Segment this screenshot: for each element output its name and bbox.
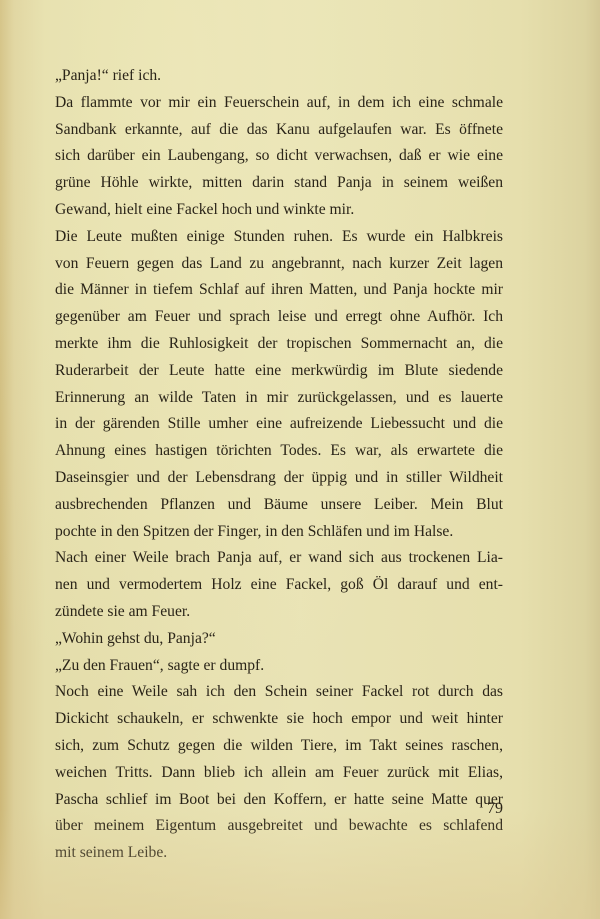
text-line: grüne Höhle wirkte, mitten darin stand P… xyxy=(55,170,503,197)
text-line: weichen Tritts. Dann blieb ich allein am… xyxy=(55,760,503,787)
text-line: mit seinem Leibe. xyxy=(55,840,503,867)
text-line: Daseinsgier und der Lebensdrang der üppi… xyxy=(55,465,503,492)
text-line: Die Leute mußten einige Stunden ruhen. E… xyxy=(55,224,503,251)
text-line: Dickicht schaukeln, er schwenkte sie hoc… xyxy=(55,706,503,733)
text-line: „Panja!“ rief ich. xyxy=(55,63,503,90)
text-line: über meinem Eigentum ausgebreitet und be… xyxy=(55,813,503,840)
text-line: sich darüber ein Laubengang, so dicht ve… xyxy=(55,143,503,170)
body-text: „Panja!“ rief ich. Da flammte vor mir ei… xyxy=(55,63,503,867)
text-line: Sandbank erkannte, auf die das Kanu aufg… xyxy=(55,117,503,144)
text-line: Pascha schlief im Boot bei den Koffern, … xyxy=(55,787,503,814)
page-number: 79 xyxy=(476,800,503,818)
text-line: pochte in den Spitzen der Finger, in den… xyxy=(55,519,503,546)
text-line: Nach einer Weile brach Panja auf, er wan… xyxy=(55,545,503,572)
text-line: gegenüber am Feuer und sprach leise und … xyxy=(55,304,503,331)
text-line: Gewand, hielt eine Fackel hoch und winkt… xyxy=(55,197,503,224)
text-line: „Wohin gehst du, Panja?“ xyxy=(55,626,503,653)
text-line: „Zu den Frauen“, sagte er dumpf. xyxy=(55,653,503,680)
text-line: ausbrechenden Pflanzen und Bäume unsere … xyxy=(55,492,503,519)
book-page: „Panja!“ rief ich. Da flammte vor mir ei… xyxy=(0,0,600,919)
text-line: Da flammte vor mir ein Feuerschein auf, … xyxy=(55,90,503,117)
text-line: Ruderarbeit der Leute hatte eine merkwür… xyxy=(55,358,503,385)
text-line: nen und vermodertem Holz eine Fackel, go… xyxy=(55,572,503,599)
text-line: die Männer in tiefem Schlaf auf ihren Ma… xyxy=(55,277,503,304)
text-line: Ahnung eines hastigen törichten Todes. E… xyxy=(55,438,503,465)
text-line: merkte ihm die Ruhlosigkeit der tropisch… xyxy=(55,331,503,358)
text-line: von Feuern gegen das Land zu angebrannt,… xyxy=(55,251,503,278)
text-line: sich, zum Schutz gegen die wilden Tiere,… xyxy=(55,733,503,760)
text-line: Erinnerung an wilde Taten in mir zurückg… xyxy=(55,385,503,412)
text-line: in der gärenden Stille umher eine aufrei… xyxy=(55,411,503,438)
text-line: zündete sie am Feuer. xyxy=(55,599,503,626)
text-line: Noch eine Weile sah ich den Schein seine… xyxy=(55,679,503,706)
